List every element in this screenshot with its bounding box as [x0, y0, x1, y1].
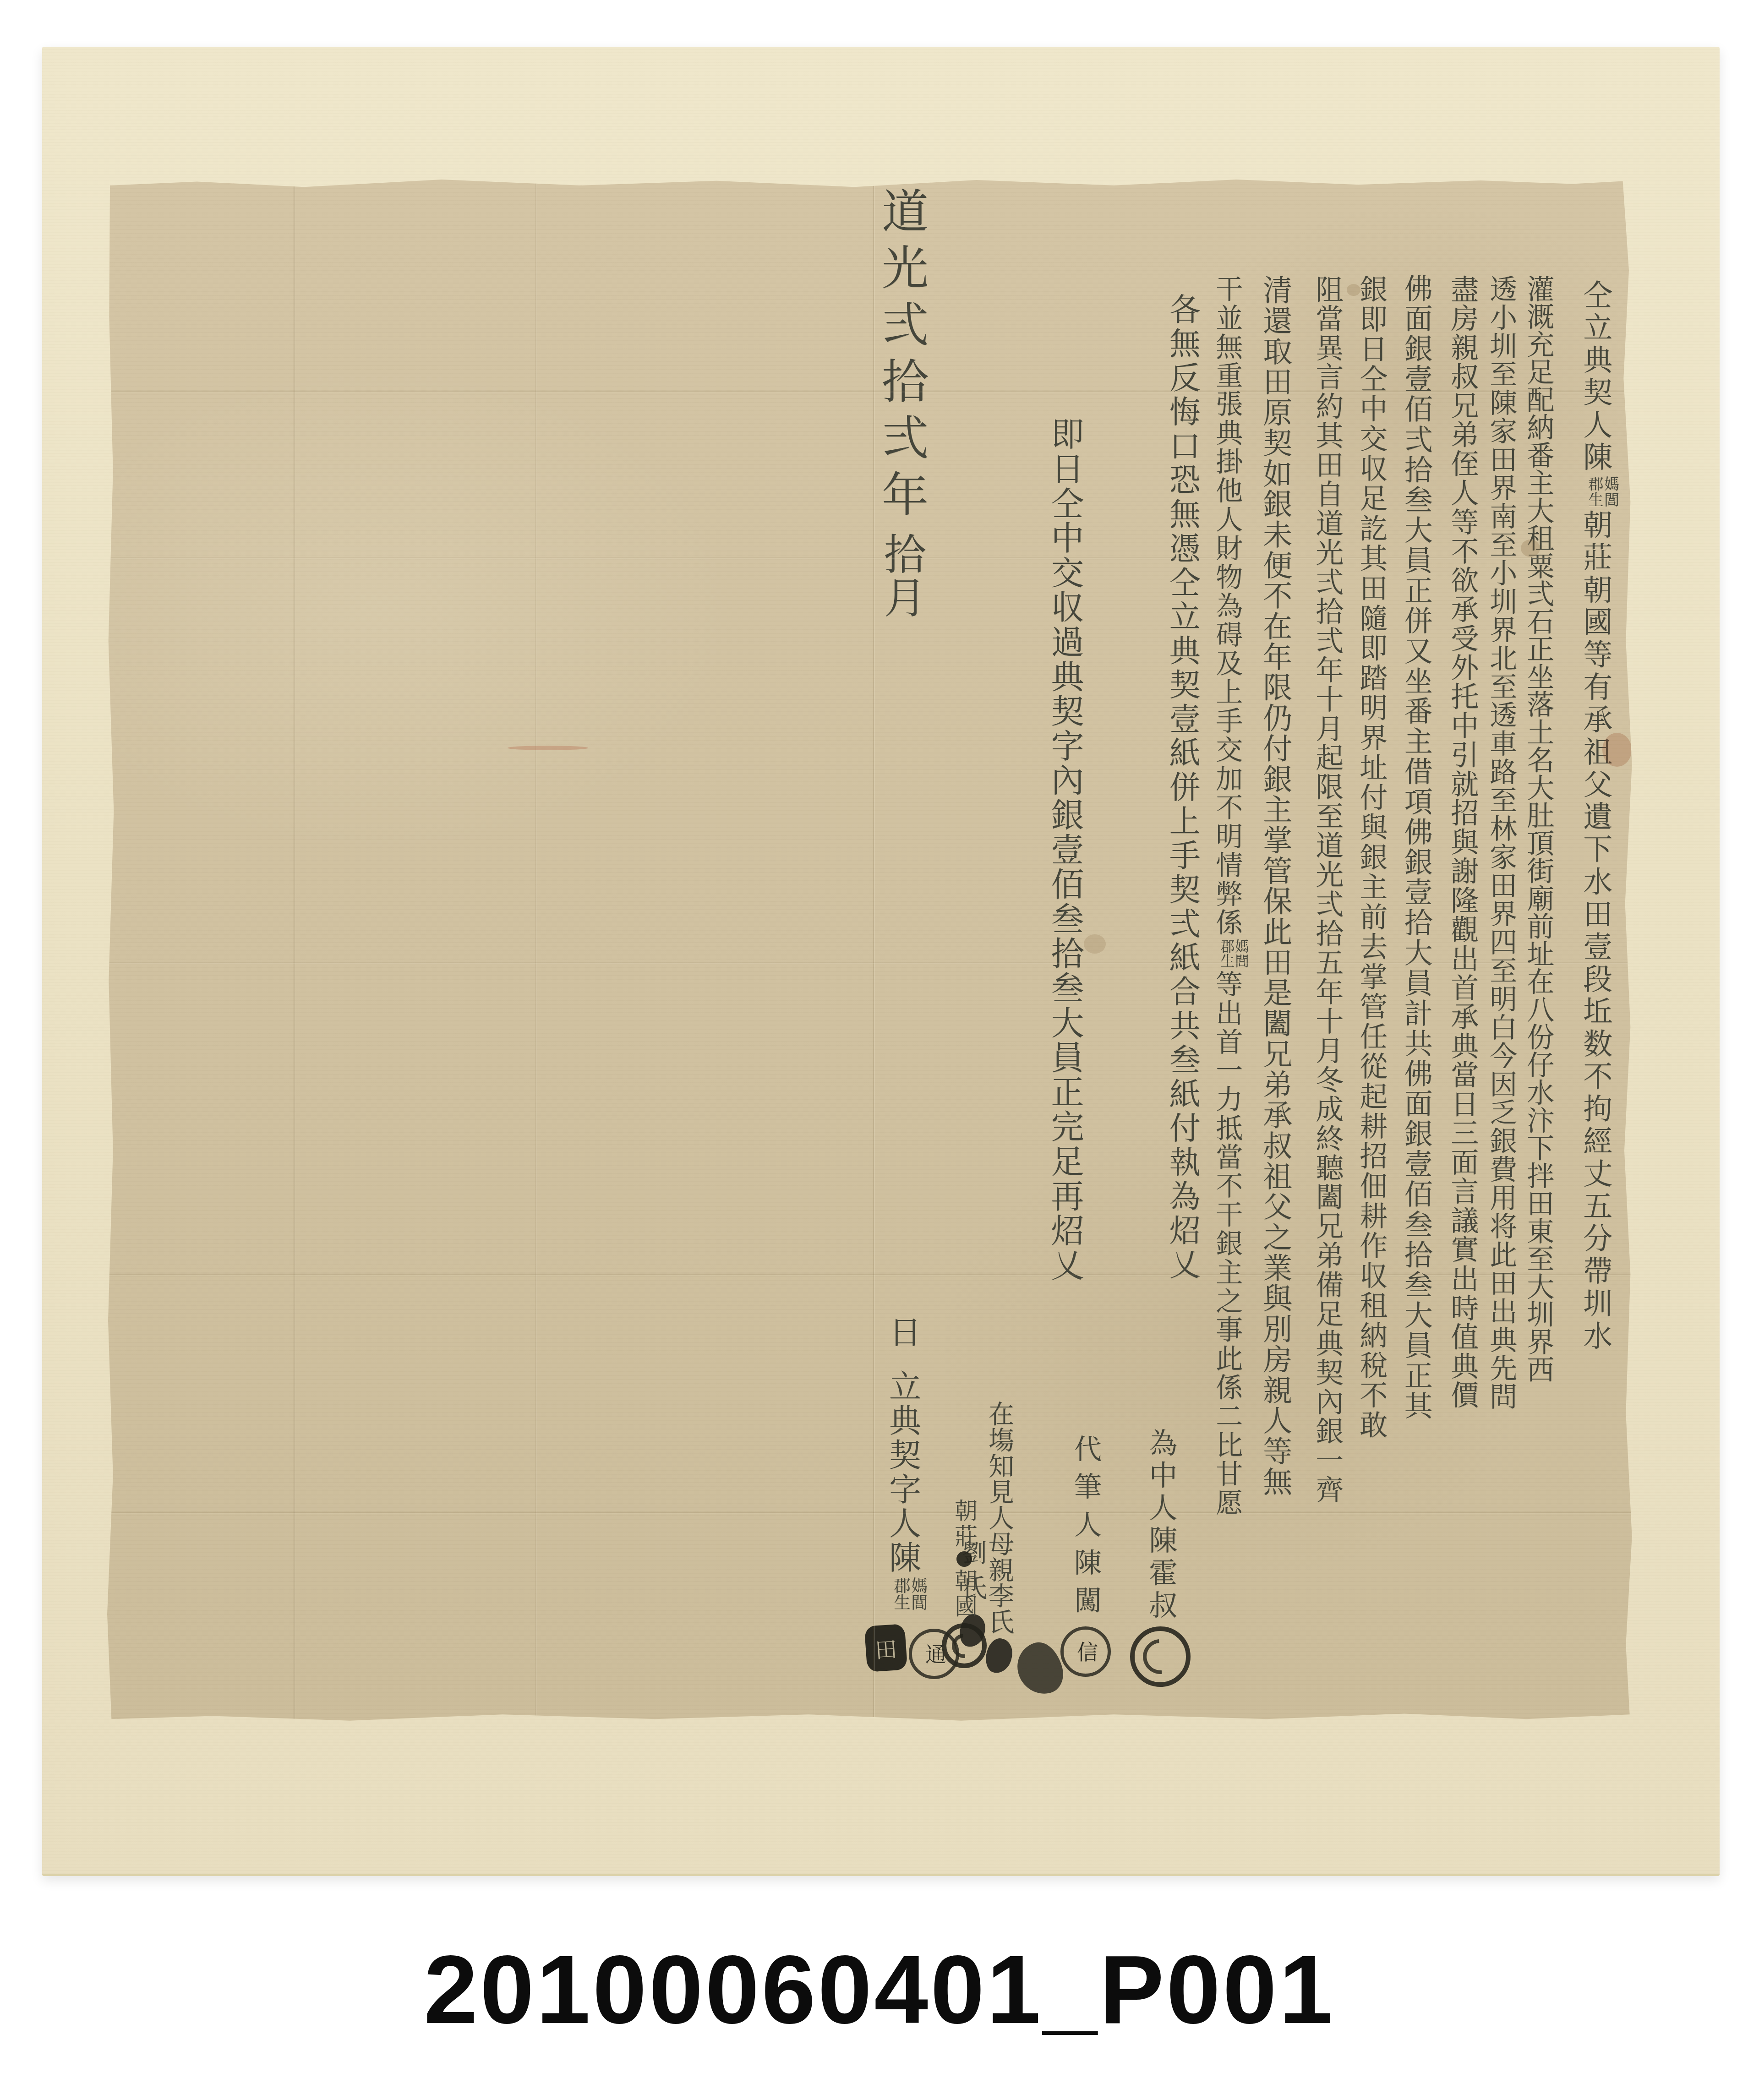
main-column-9: 干並無重張典掛他人財物為碍及上手交加不明情弊係媽閭郡生等出首一力抵當不干銀主之事… — [1213, 275, 1248, 1531]
main-column-1: 仝立典契人陳媽閭郡生朝莊朝國等有承祖父遺下水田壹段坵数不拘經丈五分帶圳水 — [1580, 279, 1618, 1369]
deed-text: 佛面銀壹佰弍拾叁大員正併又坐番主借項佛銀壹拾大員計共佛面銀壹佰叁拾叁大員正其 — [1400, 274, 1431, 1421]
main-column-5: 佛面銀壹佰弍拾叁大員正併又坐番主借項佛銀壹拾大員計共佛面銀壹佰叁拾叁大員正其 — [1401, 274, 1430, 1421]
main-column-6: 銀即日仝中交収足訖其田隨即踏明界址付與銀主前去掌管任從起耕招佃耕作収租納稅不敢 — [1356, 275, 1385, 1440]
column-gap — [901, 1350, 902, 1370]
deed-text: 干並無重張典掛他人財物為碍及上手交加不明情弊係 — [1212, 275, 1242, 937]
deed-text: 拾月 — [878, 532, 925, 619]
fold-crease-horizontal — [105, 1511, 1633, 1514]
sig-executor-column: 日立典契字人陳媽閭郡生 — [885, 1315, 926, 1631]
receipt-column: 即日仝中交収過典契字內銀壹佰叁拾叁大員正完足再炤乂 — [1047, 417, 1081, 1282]
paper-stain — [1521, 540, 1540, 557]
fold-crease-vertical — [535, 178, 537, 1722]
main-column-2: 灌溉充足配納番主大租粟弍石正坐落土名大肚頂街廟前址在八份仔水汴下拌田東至大圳界西 — [1524, 275, 1552, 1383]
signature-cipher-icon — [1130, 1626, 1191, 1687]
annotation-name: 媽閭 — [909, 1577, 926, 1611]
deed-text: 各無反悔口恐無憑仝立典契壹紙併上手契弍紙合共叁紙付執為炤乂 — [1165, 293, 1200, 1282]
fold-crease-horizontal — [105, 390, 1633, 393]
annotation-name: 郡生 — [1586, 476, 1602, 507]
catalog-number: 20100060401_P001 — [0, 1941, 1759, 2038]
deed-text: 道光弍拾弍年 — [875, 187, 927, 527]
fold-crease-horizontal — [105, 962, 1633, 964]
deed-text: 灌溉充足配納番主大租粟弍石正坐落土名大肚頂街廟前址在八份仔水汴下拌田東至大圳界西 — [1523, 275, 1553, 1383]
date-month-column: 拾月 — [879, 532, 923, 619]
deed-text: 朝莊 — [951, 1499, 977, 1549]
sig-middleman-column: 為中人陳霍叔 — [1130, 1428, 1191, 1685]
annotation-name: 媽閭 — [1602, 476, 1618, 507]
main-column-4: 盡房親叔兄弟侄人等不欲承受外托中引就招與謝隆觀出首承典當日三面言議實出時值典價 — [1448, 275, 1476, 1410]
deed-paper: 仝立典契人陳媽閭郡生朝莊朝國等有承祖父遺下水田壹段坵数不拘經丈五分帶圳水灌溉充足… — [105, 178, 1633, 1722]
deed-text: 在塲知見人母親李氏 — [985, 1401, 1013, 1635]
paper-stain — [508, 746, 588, 750]
deed-text: 銀即日仝中交収足訖其田隨即踏明界址付與銀主前去掌管任從起耕招佃耕作収租納稅不敢 — [1355, 275, 1386, 1440]
deed-text: 立典契字人陳 — [884, 1370, 919, 1576]
deed-text: 為中人陳霍叔 — [1145, 1428, 1176, 1623]
main-column-10: 各無反悔口恐無憑仝立典契壹紙併上手契弍紙合共叁紙付執為炤乂 — [1166, 293, 1198, 1282]
deed-text: 阻當異言約其田自道光弍拾弍年十月起限至道光弍拾五年十月冬成終聽闔兄弟備足典契內銀… — [1311, 275, 1342, 1505]
sig-scribe-column: 代筆人陳闖信 — [1060, 1435, 1111, 1684]
deed-text: 盡房親叔兄弟侄人等不欲承受外托中引就招與謝隆觀出首承典當日三面言議實出時值典價 — [1447, 275, 1477, 1410]
small-name-annotation: 媽閭郡生 — [892, 1577, 927, 1611]
fold-crease-horizontal — [105, 1273, 1633, 1276]
executor-black-seal: 田 — [864, 1624, 908, 1672]
deed-text: 仝立典契人陳 — [1579, 279, 1612, 474]
deed-text: 透小圳至陳家田界南至小圳界北至透車路至林家田界四至明白今因乏銀費用将此田出典先問 — [1486, 275, 1516, 1411]
ink-fingerprint-mark — [984, 1636, 1015, 1675]
ink-dot-seal — [956, 1551, 972, 1567]
sig-witness-column: 在塲知見人母親李氏 — [986, 1401, 1012, 1671]
main-column-7: 阻當異言約其田自道光弍拾弍年十月起限至道光弍拾五年十月冬成終聽闔兄弟備足典契內銀… — [1312, 275, 1341, 1505]
paper-stain — [1347, 284, 1360, 296]
deed-text: 朝國 — [951, 1569, 977, 1620]
main-column-3: 透小圳至陳家田界南至小圳界北至透車路至林家田界四至明白今因乏銀費用将此田出典先問 — [1487, 275, 1515, 1411]
executor-seal-tong: 通 — [909, 1629, 959, 1679]
fold-crease-vertical — [873, 178, 875, 1722]
fold-crease-vertical — [293, 178, 295, 1722]
fold-crease-horizontal — [105, 557, 1633, 559]
deed-text: 代筆人陳闖 — [1071, 1435, 1101, 1624]
deed-text: 清還取田原契如銀未便不在年限仍付銀主掌管保此田是闔兄弟承叔祖父之業與別房親人等無 — [1259, 275, 1291, 1497]
deed-text: 等出首一力抵當不干銀主之事此係二比甘愿 — [1212, 970, 1242, 1517]
paper-stain — [1602, 733, 1632, 767]
date-era-column: 道光弍拾弍年 — [877, 187, 924, 527]
deed-text: 日 — [884, 1315, 919, 1350]
annotation-name: 郡生 — [892, 1577, 909, 1611]
deed-text: 朝莊朝國等有承祖父遺下水田壹段坵数不拘經丈五分帶圳水 — [1579, 509, 1612, 1353]
deed-text: 即日仝中交収過典契字內銀壹佰叁拾叁大員正完足再炤乂 — [1046, 417, 1082, 1282]
small-name-annotation: 媽閭郡生 — [1586, 476, 1617, 507]
main-column-8: 清還取田原契如銀未便不在年限仍付銀主掌管保此田是闔兄弟承叔祖父之業與別房親人等無 — [1260, 275, 1290, 1497]
circled-signature-mark: 信 — [1060, 1626, 1111, 1677]
ink-fingerprint-smudge — [1012, 1638, 1068, 1699]
paper-stain — [1084, 934, 1106, 954]
